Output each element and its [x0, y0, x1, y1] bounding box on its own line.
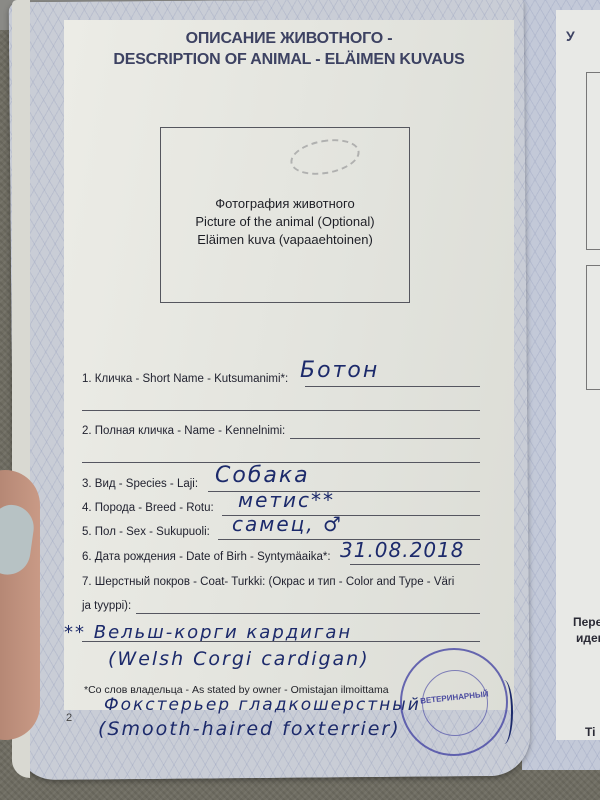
- handwritten-note-2: (Welsh Corgi cardigan): [108, 648, 370, 670]
- form-area: [64, 20, 514, 710]
- field-coat-line: [136, 613, 480, 614]
- right-page-text-3: Ti: [585, 725, 595, 739]
- right-page-text-1: Пере: [573, 615, 600, 629]
- field-coat-label: 7. Шерстный покров - Coat- Turkki: (Окра…: [82, 576, 454, 588]
- field-breed-value: метис**: [238, 488, 335, 512]
- photo-caption-ru: Фотография животного: [160, 196, 410, 211]
- field-short-name-label: 1. Кличка - Short Name - Kutsumanimi*:: [82, 373, 288, 385]
- field-dob-label: 6. Дата рождения - Date of Birh - Syntym…: [82, 551, 331, 563]
- handwritten-note-4: (Smooth-haired foxterrier): [98, 718, 401, 740]
- title-en-fi: DESCRIPTION OF ANIMAL - ELÄIMEN KUVAUS: [64, 51, 514, 69]
- field-breed-label: 4. Порода - Breed - Rotu:: [82, 502, 214, 514]
- field-short-name-line: [305, 386, 480, 387]
- handwritten-note-1: ** Вельш-корги кардиган: [64, 622, 352, 643]
- right-page-photo-box: [586, 72, 600, 250]
- field-name-label: 2. Полная кличка - Name - Kennelnimi:: [82, 425, 285, 437]
- field-coat-label-cont: ja tyyppi):: [82, 600, 131, 612]
- field-dob-line: [350, 564, 480, 565]
- right-page-box-2: [586, 265, 600, 390]
- right-page-title-fragment: У: [566, 28, 575, 44]
- photo-caption-fi: Eläimen kuva (vapaaehtoinen): [160, 232, 410, 247]
- field-short-name-value: Ботон: [300, 358, 379, 383]
- field-dob-value: 31.08.2018: [340, 538, 465, 562]
- field-sex-label: 5. Пол - Sex - Sukupuoli:: [82, 526, 210, 538]
- handwritten-note-3: Фокстерьер гладкошерстный: [104, 695, 421, 715]
- right-page-text-2: иден: [576, 631, 600, 645]
- page-number: 2: [66, 712, 72, 724]
- photo-caption-en: Picture of the animal (Optional): [160, 214, 410, 229]
- field-short-name-line-2: [82, 410, 480, 411]
- field-sex-value: самец, ♂: [232, 512, 343, 536]
- field-species-value: Собака: [215, 463, 310, 488]
- note-line-1: [82, 641, 480, 642]
- title-ru: ОПИСАНИЕ ЖИВОТНОГО -: [64, 30, 514, 48]
- field-name-line: [290, 438, 480, 439]
- field-species-label: 3. Вид - Species - Laji:: [82, 478, 198, 490]
